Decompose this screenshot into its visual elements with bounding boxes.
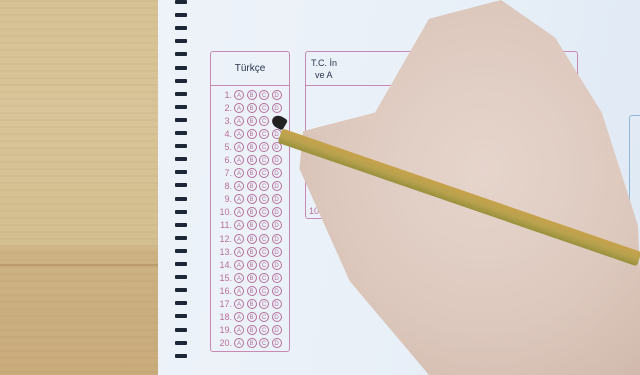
answer-bubble-d[interactable]: D [272, 312, 282, 322]
question-number: 9. [211, 194, 234, 204]
answer-bubble-b[interactable]: B [247, 129, 257, 139]
question-row: 7.ABCD [211, 167, 289, 180]
answer-bubble-b[interactable]: B [247, 207, 257, 217]
answer-bubble-a[interactable]: A [234, 181, 244, 191]
answer-bubble-b[interactable]: B [247, 260, 257, 270]
question-row: 5.ABCD [211, 140, 289, 153]
timing-mark [175, 197, 187, 201]
answer-bubble-b[interactable]: B [247, 312, 257, 322]
question-row: 17.ABCD [211, 298, 289, 311]
answer-bubble-b[interactable]: B [247, 168, 257, 178]
timing-mark [175, 223, 187, 227]
turkce-header: Türkçe [211, 52, 289, 86]
answer-bubble-b[interactable]: B [247, 234, 257, 244]
answer-bubble-d[interactable]: D [272, 325, 282, 335]
answer-bubble-a[interactable]: A [234, 220, 244, 230]
question-row: 10.ABCD [211, 206, 289, 219]
timing-mark [175, 144, 187, 148]
answer-bubble-d[interactable]: D [272, 168, 282, 178]
question-number: 8. [211, 181, 234, 191]
answer-bubble-c[interactable]: C [259, 207, 269, 217]
question-row: 19.ABCD [211, 324, 289, 337]
question-row: 12.ABCD [211, 232, 289, 245]
answer-bubble-b[interactable]: B [247, 220, 257, 230]
answer-bubble-c[interactable]: C [259, 168, 269, 178]
timing-mark [175, 131, 187, 135]
answer-bubble-a[interactable]: A [234, 194, 244, 204]
answer-bubble-b[interactable]: B [247, 194, 257, 204]
question-number: 11. [211, 220, 234, 230]
question-number: 18. [211, 312, 234, 322]
answer-bubble-c[interactable]: C [259, 260, 269, 270]
answer-bubble-c[interactable]: C [259, 181, 269, 191]
answer-bubble-b[interactable]: B [247, 338, 257, 348]
answer-bubble-c[interactable]: C [259, 273, 269, 283]
answer-bubble-a[interactable]: A [234, 286, 244, 296]
timing-mark [175, 0, 187, 4]
answer-bubble-d[interactable]: D [272, 194, 282, 204]
answer-bubble-c[interactable]: C [259, 286, 269, 296]
question-number: 7. [211, 168, 234, 178]
answer-bubble-c[interactable]: C [259, 194, 269, 204]
question-row: 2.ABCD [211, 101, 289, 114]
answer-bubble-c[interactable]: C [259, 142, 269, 152]
timing-mark [175, 210, 187, 214]
question-number: 12. [211, 234, 234, 244]
answer-bubble-b[interactable]: B [247, 90, 257, 100]
answer-bubble-a[interactable]: A [234, 207, 244, 217]
answer-bubble-c[interactable]: C [259, 312, 269, 322]
timing-mark [175, 236, 187, 240]
answer-bubble-a[interactable]: A [234, 90, 244, 100]
timing-mark [175, 183, 187, 187]
wood-seam [0, 264, 160, 266]
timing-mark [175, 52, 187, 56]
question-row: 14.ABCD [211, 258, 289, 271]
answer-bubble-a[interactable]: A [234, 312, 244, 322]
answer-bubble-b[interactable]: B [247, 273, 257, 283]
answer-bubble-c[interactable]: C [259, 103, 269, 113]
answer-bubble-a[interactable]: A [234, 273, 244, 283]
question-number: 10. [211, 207, 234, 217]
question-number: 2. [211, 103, 234, 113]
answer-bubble-b[interactable]: B [247, 116, 257, 126]
answer-bubble-a[interactable]: A [234, 247, 244, 257]
answer-bubble-c[interactable]: C [259, 247, 269, 257]
answer-bubble-d[interactable]: D [272, 155, 282, 165]
answer-bubble-d[interactable]: D [272, 90, 282, 100]
answer-bubble-a[interactable]: A [234, 325, 244, 335]
question-row: 4.ABCD [211, 127, 289, 140]
question-row: 18.ABCD [211, 311, 289, 324]
question-number: 19. [211, 325, 234, 335]
answer-bubble-a[interactable]: A [234, 116, 244, 126]
question-number: 13. [211, 247, 234, 257]
timing-mark [175, 275, 187, 279]
answer-bubble-a[interactable]: A [234, 299, 244, 309]
answer-bubble-b[interactable]: B [247, 299, 257, 309]
answer-bubble-d[interactable]: D [272, 273, 282, 283]
question-row: 8.ABCD [211, 180, 289, 193]
question-number: 3. [211, 116, 234, 126]
question-number: 5. [211, 142, 234, 152]
timing-mark [175, 66, 187, 70]
turkce-title: Türkçe [235, 63, 266, 74]
answer-bubble-d[interactable]: D [272, 220, 282, 230]
answer-bubble-c[interactable]: C [259, 129, 269, 139]
timing-mark [175, 39, 187, 43]
question-number: 4. [211, 129, 234, 139]
turkce-section: Türkçe 1.ABCD2.ABCD3.ABCD4.ABCD5.ABCD6.A… [210, 51, 290, 352]
answer-bubble-a[interactable]: A [234, 129, 244, 139]
question-row: 15.ABCD [211, 271, 289, 284]
question-number: 1. [211, 90, 234, 100]
answer-bubble-c[interactable]: C [259, 299, 269, 309]
answer-bubble-d[interactable]: D [272, 207, 282, 217]
answer-bubble-c[interactable]: C [259, 90, 269, 100]
timing-mark [175, 314, 187, 318]
question-number: 6. [211, 155, 234, 165]
answer-bubble-b[interactable]: B [247, 247, 257, 257]
answer-bubble-d[interactable]: D [272, 299, 282, 309]
question-row: 9.ABCD [211, 193, 289, 206]
question-row: 20.ABCD [211, 337, 289, 350]
question-row: 11.ABCD [211, 219, 289, 232]
answer-bubble-d[interactable]: D [272, 286, 282, 296]
answer-bubble-a[interactable]: A [234, 155, 244, 165]
question-row: 6.ABCD [211, 153, 289, 166]
timing-mark [175, 118, 187, 122]
answer-bubble-b[interactable]: B [247, 103, 257, 113]
answer-bubble-a[interactable]: A [234, 142, 244, 152]
question-row: 16.ABCD [211, 284, 289, 297]
answer-bubble-d[interactable]: D [272, 234, 282, 244]
timing-mark [175, 341, 187, 345]
answer-bubble-c[interactable]: C [259, 338, 269, 348]
timing-mark [175, 301, 187, 305]
question-row: 13.ABCD [211, 245, 289, 258]
answer-bubble-d[interactable]: D [272, 260, 282, 270]
timing-mark [175, 249, 187, 253]
timing-mark [175, 79, 187, 83]
answer-bubble-d[interactable]: D [272, 247, 282, 257]
answer-bubble-b[interactable]: B [247, 325, 257, 335]
answer-bubble-c[interactable]: C [259, 234, 269, 244]
timing-mark [175, 92, 187, 96]
timing-mark [175, 157, 187, 161]
answer-bubble-b[interactable]: B [247, 286, 257, 296]
answer-bubble-b[interactable]: B [247, 155, 257, 165]
answer-bubble-b[interactable]: B [247, 142, 257, 152]
answer-bubble-a[interactable]: A [234, 260, 244, 270]
answer-bubble-a[interactable]: A [234, 338, 244, 348]
question-number: 17. [211, 299, 234, 309]
timing-mark [175, 26, 187, 30]
answer-bubble-b[interactable]: B [247, 181, 257, 191]
question-number: 15. [211, 273, 234, 283]
question-number: 14. [211, 260, 234, 270]
timing-mark [175, 13, 187, 17]
timing-mark [175, 170, 187, 174]
timing-mark [175, 288, 187, 292]
answer-bubble-c[interactable]: C [259, 220, 269, 230]
timing-mark [175, 354, 187, 358]
timing-mark [175, 328, 187, 332]
question-number: 16. [211, 286, 234, 296]
wood-grain [0, 0, 160, 375]
answer-bubble-d[interactable]: D [272, 103, 282, 113]
answer-bubble-d[interactable]: D [272, 181, 282, 191]
answer-bubble-c[interactable]: C [259, 325, 269, 335]
timing-mark [175, 105, 187, 109]
answer-bubble-a[interactable]: A [234, 168, 244, 178]
answer-bubble-d[interactable]: D [272, 338, 282, 348]
question-row: 1.ABCD [211, 88, 289, 101]
answer-bubble-a[interactable]: A [234, 103, 244, 113]
answer-bubble-c[interactable]: C [259, 116, 269, 126]
answer-bubble-c[interactable]: C [259, 155, 269, 165]
question-number: 20. [211, 338, 234, 348]
timing-mark [175, 262, 187, 266]
answer-bubble-a[interactable]: A [234, 234, 244, 244]
